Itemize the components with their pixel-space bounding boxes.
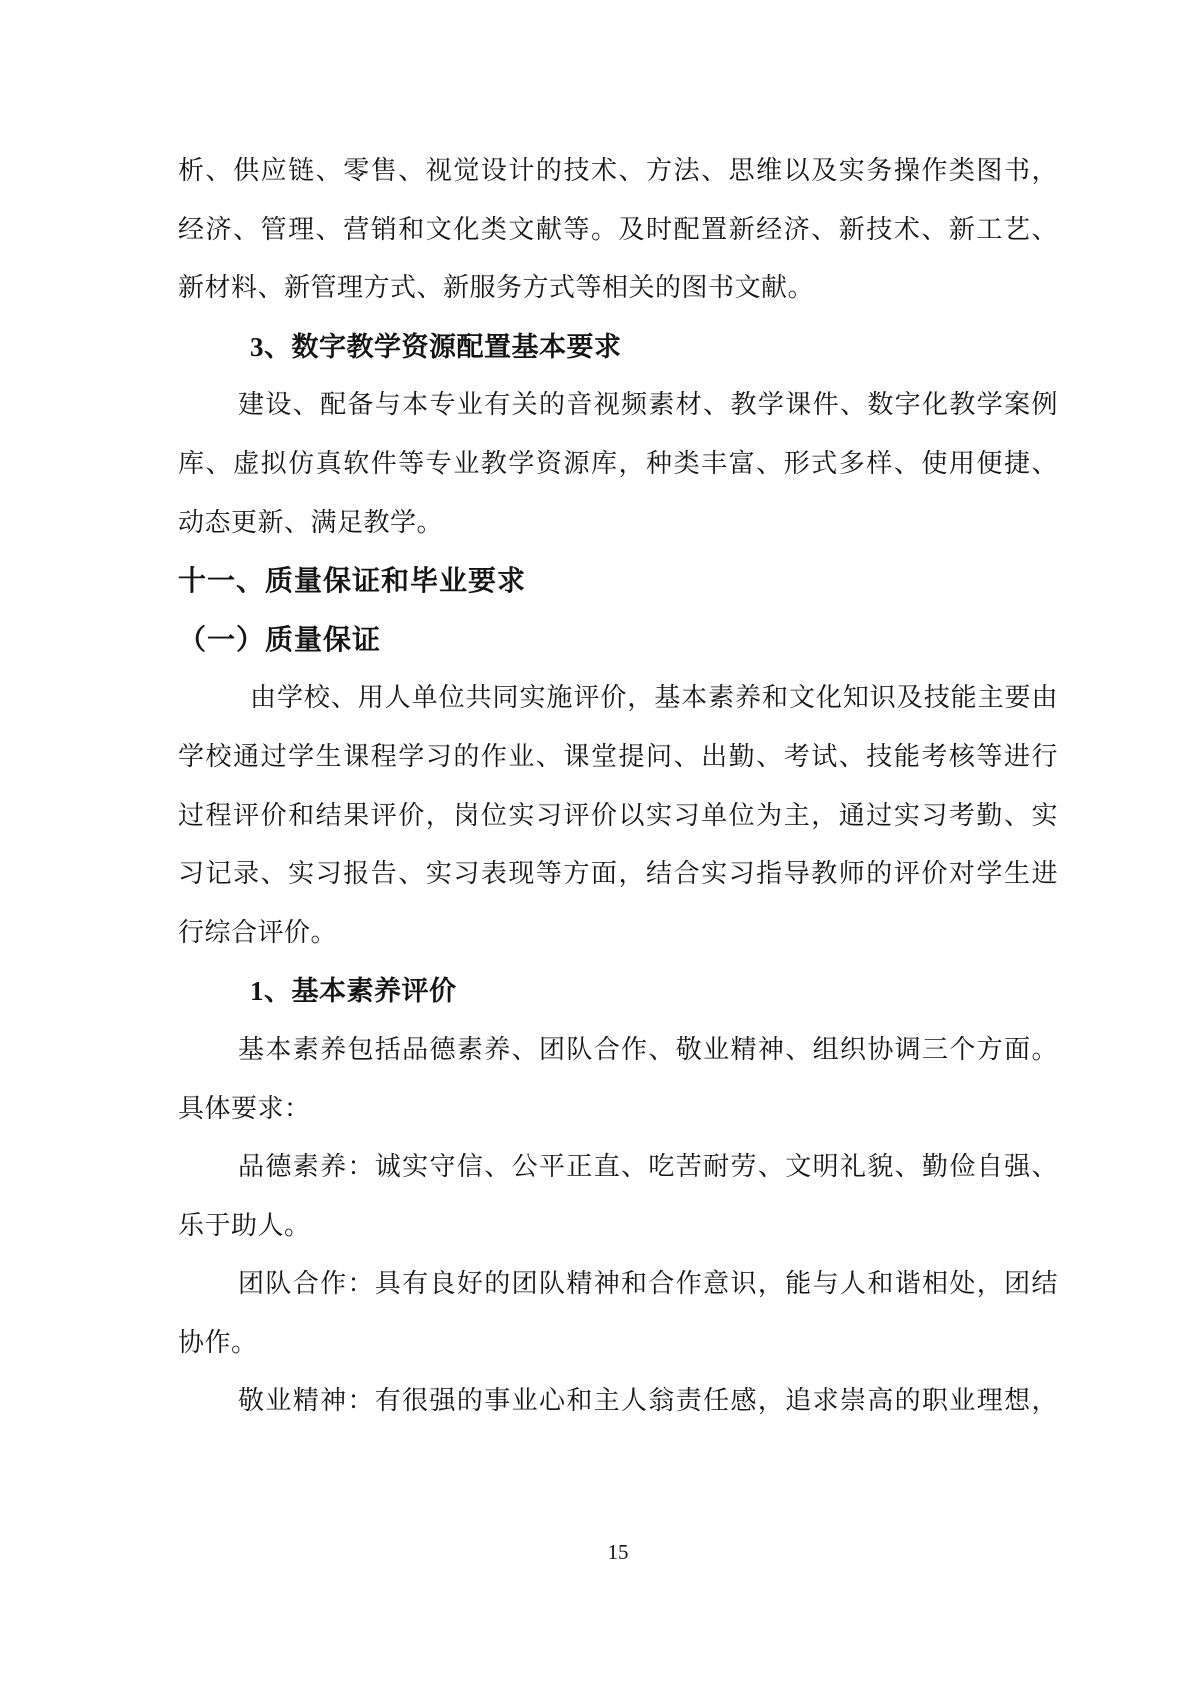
body-text-line: 新材料、新管理方式、新服务方式等相关的图书文献。 [178,259,1058,318]
body-text-line: 乐于助人。 [178,1197,1058,1256]
body-text-line: 行综合评价。 [178,904,1058,963]
body-text-line: 学校通过学生课程学习的作业、课堂提问、出勤、考试、技能考核等进行 [178,728,1058,787]
body-text-line: 建设、配备与本专业有关的音视频素材、教学课件、数字化教学案例 [178,376,1058,435]
body-text-line: 库、虚拟仿真软件等专业教学资源库，种类丰富、形式多样、使用便捷、 [178,435,1058,494]
body-text-line: 敬业精神：有很强的事业心和主人翁责任感，追求崇高的职业理想， [178,1372,1058,1431]
subsection-heading: 3、数字教学资源配置基本要求 [178,318,1058,377]
body-text-line: 具体要求： [178,1080,1058,1139]
section-heading: 十一、质量保证和毕业要求 [178,552,1058,611]
body-text-line: 经济、管理、营销和文化类文献等。及时配置新经济、新技术、新工艺、 [178,201,1058,260]
body-text-line: 动态更新、满足教学。 [178,494,1058,553]
document-page: 析、供应链、零售、视觉设计的技术、方法、思维以及实务操作类图书， 经济、管理、营… [0,0,1190,1683]
subsection-heading: 1、基本素养评价 [178,962,1058,1021]
body-text-line: 过程评价和结果评价，岗位实习评价以实习单位为主，通过实习考勤、实 [178,787,1058,846]
subsection-heading: （一）质量保证 [178,611,1058,670]
body-text-line: 基本素养包括品德素养、团队合作、敬业精神、组织协调三个方面。 [178,1021,1058,1080]
page-content: 析、供应链、零售、视觉设计的技术、方法、思维以及实务操作类图书， 经济、管理、营… [178,142,1058,1431]
body-text-line: 品德素养：诚实守信、公平正直、吃苦耐劳、文明礼貌、勤俭自强、 [178,1138,1058,1197]
page-number: 15 [178,1537,1058,1567]
body-text-line: 团队合作：具有良好的团队精神和合作意识，能与人和谐相处，团结 [178,1255,1058,1314]
body-text-line: 由学校、用人单位共同实施评价，基本素养和文化知识及技能主要由 [178,669,1058,728]
body-text-line: 习记录、实习报告、实习表现等方面，结合实习指导教师的评价对学生进 [178,845,1058,904]
body-text-line: 协作。 [178,1314,1058,1373]
body-text-line: 析、供应链、零售、视觉设计的技术、方法、思维以及实务操作类图书， [178,142,1058,201]
